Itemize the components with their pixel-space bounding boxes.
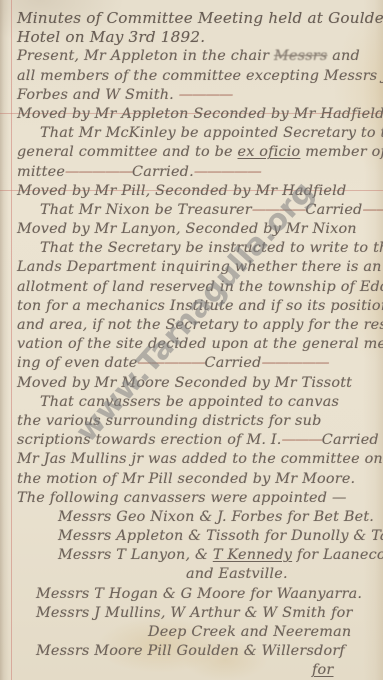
red-dash-stroke: ————— <box>262 355 329 371</box>
handwritten-text: Moved by Mr Moore Seconded by Mr Tissott <box>17 375 352 391</box>
handwritten-text: Carried. <box>132 164 194 180</box>
manuscript-line: Moved by Mr Lanyon, Seconded by Mr Nixon <box>0 220 383 239</box>
handwritten-text: Deep Creek and Neereman <box>148 624 351 640</box>
handwritten-text: Messrs <box>274 48 328 64</box>
handwritten-text: Messrs T Hogan & G Moore for Waanyarra. <box>36 586 362 602</box>
handwritten-text: and <box>327 48 359 64</box>
handwritten-text: mittee <box>17 164 65 180</box>
manuscript-line: Messrs Geo Nixon & J. Forbes for Bet Bet… <box>0 508 383 527</box>
handwritten-text: for Laanecoorie <box>292 547 383 563</box>
red-dash-stroke: ————— <box>138 355 205 371</box>
red-dash-stroke: ———— <box>252 202 306 218</box>
red-dash-stroke: ——— <box>282 432 322 448</box>
handwritten-text: for <box>312 662 333 678</box>
handwritten-text: That canvassers be appointed to canvas <box>40 394 339 410</box>
manuscript-line: Lands Department inquiring whether there… <box>0 258 383 277</box>
handwritten-text: Messrs Appleton & Tissoth for Dunolly & … <box>58 528 383 544</box>
manuscript-lines: Minutes of Committee Meeting held at Gou… <box>0 9 383 680</box>
handwritten-text: Carried <box>322 432 379 448</box>
handwritten-text: Moved by Mr Pill, Seconded by Mr Hadfiel… <box>17 183 346 199</box>
handwritten-text: member of com <box>300 144 383 160</box>
manuscript-line: Messrs T Lanyon, & T Kennedy for Laaneco… <box>0 546 383 565</box>
manuscript-line: general committee and to be ex oficio me… <box>0 143 383 162</box>
manuscript-line: and area, if not the Secretary to apply … <box>0 316 383 335</box>
handwritten-text: all members of the committee excepting M… <box>17 68 383 84</box>
manuscript-line: Messrs J Mullins, W Arthur & W Smith for <box>0 604 383 623</box>
handwritten-text: Carried <box>204 355 261 371</box>
handwritten-text: T Kennedy <box>213 547 292 563</box>
manuscript-line: That Mr McKinley be appointed Secretary … <box>0 124 383 143</box>
handwritten-text: and Eastville. <box>186 566 288 582</box>
manuscript-line: ton for a mechanics Institute and if so … <box>0 297 383 316</box>
handwritten-text: Messrs Geo Nixon & J. Forbes for Bet Bet… <box>58 509 374 525</box>
handwritten-text: Messrs J Mullins, W Arthur & W Smith for <box>36 605 353 621</box>
handwritten-text: general committee and to be <box>17 144 238 160</box>
handwritten-text: the motion of Mr Pill seconded by Mr Moo… <box>17 471 355 487</box>
manuscript-line: Present, Mr Appleton in the chair Messrs… <box>0 47 383 66</box>
manuscript-page: Minutes of Committee Meeting held at Gou… <box>0 0 383 680</box>
handwritten-text: ton for a mechanics Institute and if so … <box>17 298 383 314</box>
manuscript-line: ing of even date—————Carried————— <box>0 354 383 373</box>
handwritten-text: The following canvassers were appointed … <box>17 490 347 506</box>
manuscript-line: and Eastville. <box>0 565 383 584</box>
manuscript-line: the motion of Mr Pill seconded by Mr Moo… <box>0 470 383 489</box>
handwritten-text: Moved by Mr Appleton Seconded by Mr Hadf… <box>17 106 383 122</box>
red-dash-stroke: ————— <box>65 164 132 180</box>
red-dash-stroke: ————— <box>194 164 261 180</box>
manuscript-line: for <box>0 661 383 680</box>
handwritten-text: Present, Mr Appleton in the chair <box>17 48 274 64</box>
manuscript-line: Deep Creek and Neereman <box>0 623 383 642</box>
manuscript-line: Forbes and W Smith. ———— <box>0 86 383 105</box>
manuscript-line: That Mr Nixon be Treasurer————Carried—— <box>0 201 383 220</box>
handwritten-text: Mr Jas Mullins jr was added to the commi… <box>17 451 383 467</box>
manuscript-line: Moved by Mr Moore Seconded by Mr Tissott <box>0 374 383 393</box>
manuscript-line: Messrs Appleton & Tissoth for Dunolly & … <box>0 527 383 546</box>
manuscript-line: scriptions towards erection of M. I.———C… <box>0 431 383 450</box>
red-dash-stroke: —— <box>362 202 383 218</box>
handwritten-text: Minutes of Committee Meeting held at Gou… <box>17 9 383 27</box>
handwritten-text: scriptions towards erection of M. I. <box>17 432 282 448</box>
manuscript-line: allotment of land reserved in the townsh… <box>0 278 383 297</box>
manuscript-line: Mr Jas Mullins jr was added to the commi… <box>0 450 383 469</box>
manuscript-line: all members of the committee excepting M… <box>0 67 383 86</box>
handwritten-text: Moved by Mr Lanyon, Seconded by Mr Nixon <box>17 221 357 237</box>
handwritten-text: That Mr Nixon be Treasurer <box>40 202 252 218</box>
handwritten-text: That Mr McKinley be appointed Secretary … <box>40 125 383 141</box>
handwritten-text: the various surrounding districts for su… <box>17 413 321 429</box>
handwritten-text: Messrs Moore Pill Goulden & Willersdorf <box>36 643 345 659</box>
manuscript-line: Moved by Mr Appleton Seconded by Mr Hadf… <box>0 105 383 124</box>
handwritten-text: Messrs T Lanyon, & <box>58 547 213 563</box>
handwritten-text: and area, if not the Secretary to apply … <box>17 317 383 333</box>
manuscript-line: Hotel on May 3rd 1892. <box>0 28 383 47</box>
manuscript-line: That the Secretary be instructed to writ… <box>0 239 383 258</box>
handwritten-text: allotment of land reserved in the townsh… <box>17 279 383 295</box>
manuscript-line: That canvassers be appointed to canvas <box>0 393 383 412</box>
handwritten-text: vation of the site decided upon at the g… <box>17 336 383 352</box>
manuscript-line: the various surrounding districts for su… <box>0 412 383 431</box>
manuscript-line: vation of the site decided upon at the g… <box>0 335 383 354</box>
handwritten-text: ex oficio <box>238 144 301 160</box>
manuscript-line: Messrs T Hogan & G Moore for Waanyarra. <box>0 585 383 604</box>
handwritten-text: Forbes and W Smith. <box>17 87 179 103</box>
manuscript-line: Minutes of Committee Meeting held at Gou… <box>0 9 383 28</box>
handwritten-text: ing of even date <box>17 355 138 371</box>
manuscript-line: mittee—————Carried.————— <box>0 163 383 182</box>
handwritten-text: That the Secretary be instructed to writ… <box>40 240 383 256</box>
manuscript-line: Messrs Moore Pill Goulden & Willersdorf <box>0 642 383 661</box>
handwritten-text: Carried <box>305 202 362 218</box>
manuscript-line: Moved by Mr Pill, Seconded by Mr Hadfiel… <box>0 182 383 201</box>
handwritten-text: Lands Department inquiring whether there… <box>17 259 382 275</box>
handwritten-text: Hotel on May 3rd 1892. <box>17 28 205 46</box>
red-dash-stroke: ———— <box>179 87 233 103</box>
manuscript-line: The following canvassers were appointed … <box>0 489 383 508</box>
